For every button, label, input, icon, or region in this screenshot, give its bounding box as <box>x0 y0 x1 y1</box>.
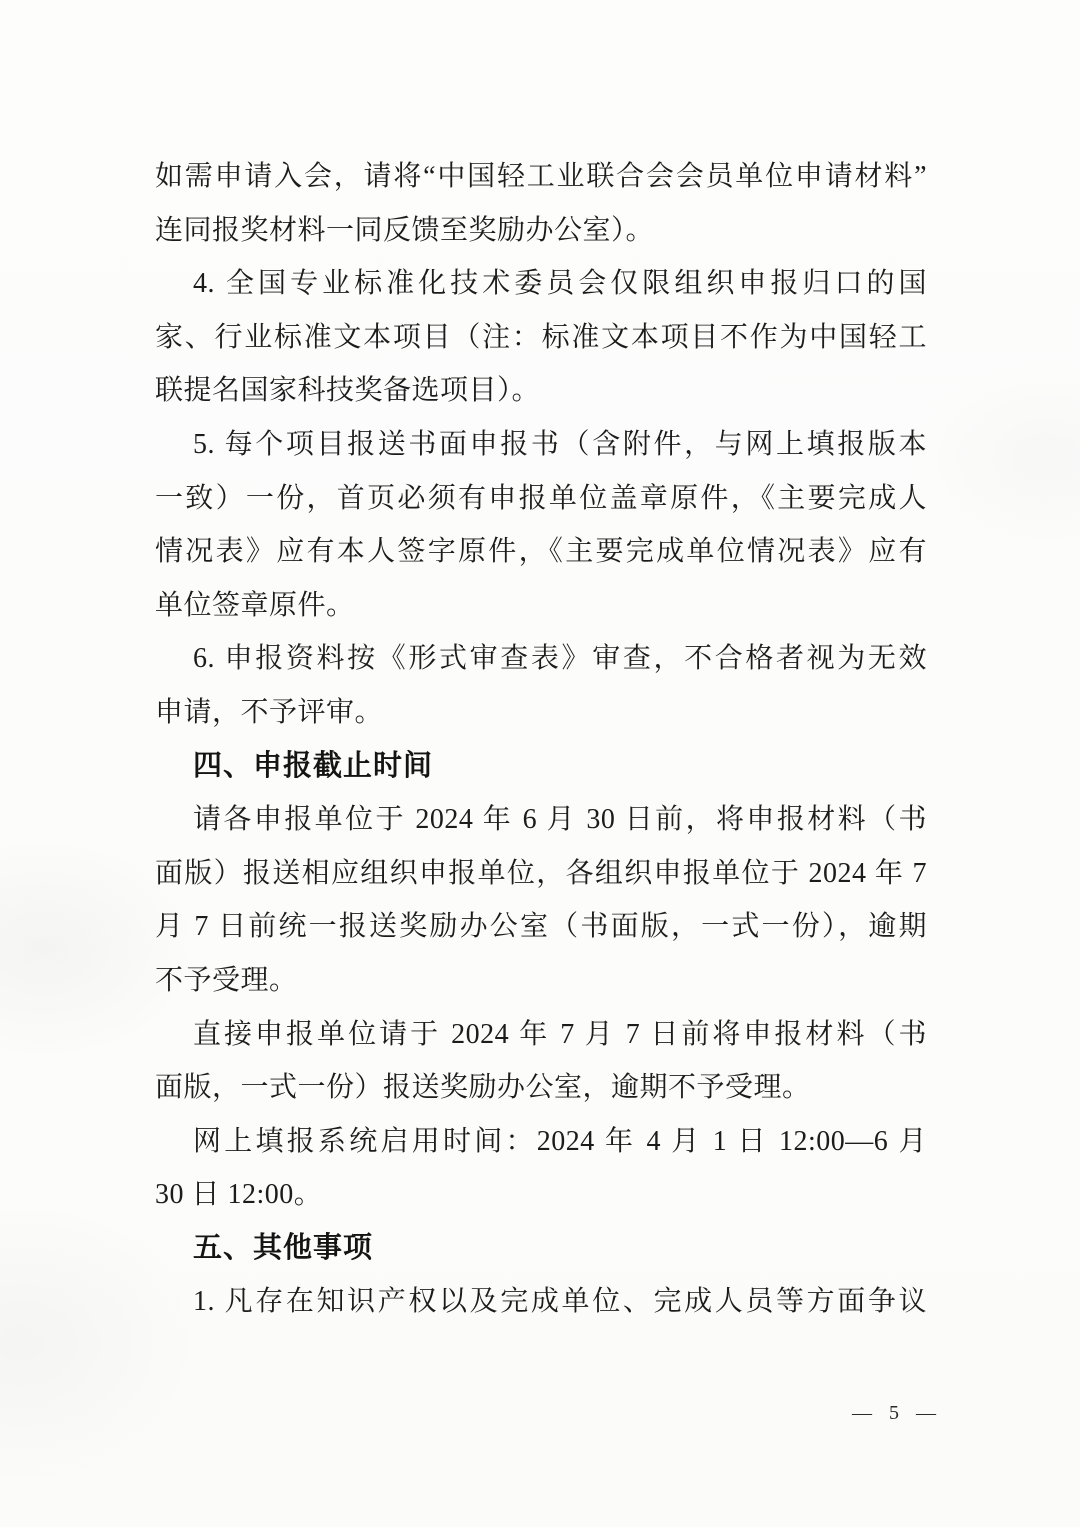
text-line: 1. 凡存在知识产权以及完成单位、完成人员等方面争议 <box>155 1275 927 1329</box>
text-line: 月 7 日前统一报送奖励办公室（书面版，一式一份），逾期 <box>155 900 927 954</box>
text-line: 30 日 12:00。 <box>155 1168 927 1222</box>
text-line: 连同报奖材料一同反馈至奖励办公室）。 <box>155 204 927 258</box>
section-heading: 四、申报截止时间 <box>155 740 927 794</box>
text-line: 网上填报系统启用时间：2024 年 4 月 1 日 12:00—6 月 <box>155 1115 927 1169</box>
text-line: 6. 申报资料按《形式审查表》审查，不合格者视为无效 <box>155 632 927 686</box>
text-line: 如需申请入会，请将“中国轻工业联合会会员单位申请材料” <box>155 150 927 204</box>
document-page: 如需申请入会，请将“中国轻工业联合会会员单位申请材料”连同报奖材料一同反馈至奖励… <box>0 0 1080 1527</box>
text-line: 申请，不予评审。 <box>155 686 927 740</box>
section-heading: 五、其他事项 <box>155 1222 927 1276</box>
text-line: 5. 每个项目报送书面申报书（含附件，与网上填报版本 <box>155 418 927 472</box>
text-line: 联提名国家科技奖备选项目）。 <box>155 364 927 418</box>
document-text-block: 如需申请入会，请将“中国轻工业联合会会员单位申请材料”连同报奖材料一同反馈至奖励… <box>155 150 927 1329</box>
text-line: 不予受理。 <box>155 954 927 1008</box>
text-line: 直接申报单位请于 2024 年 7 月 7 日前将申报材料（书 <box>155 1008 927 1062</box>
text-line: 4. 全国专业标准化技术委员会仅限组织申报归口的国 <box>155 257 927 311</box>
text-line: 一致）一份，首页必须有申报单位盖章原件，《主要完成人 <box>155 472 927 526</box>
text-line: 家、行业标准文本项目（注：标准文本项目不作为中国轻工 <box>155 311 927 365</box>
page-number: — 5 — <box>852 1402 942 1425</box>
text-line: 请各申报单位于 2024 年 6 月 30 日前，将申报材料（书 <box>155 793 927 847</box>
text-line: 单位签章原件。 <box>155 579 927 633</box>
text-line: 面版，一式一份）报送奖励办公室，逾期不予受理。 <box>155 1061 927 1115</box>
text-line: 面版）报送相应组织申报单位，各组织申报单位于 2024 年 7 <box>155 847 927 901</box>
text-line: 情况表》应有本人签字原件，《主要完成单位情况表》应有 <box>155 525 927 579</box>
